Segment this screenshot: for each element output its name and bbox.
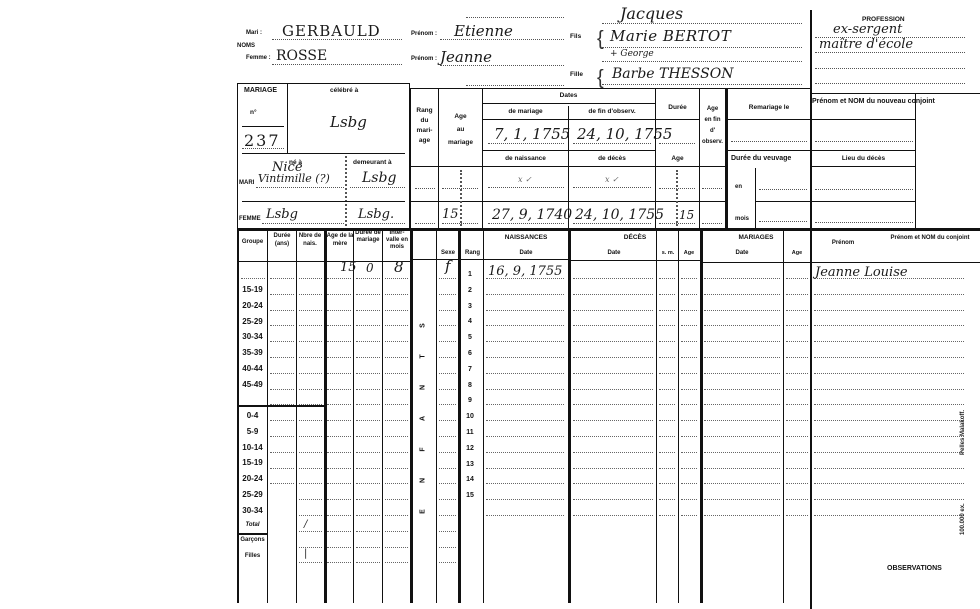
stat-cell[interactable] [356,357,380,358]
stat-cell[interactable] [299,562,322,563]
deces-sm-cell[interactable] [659,436,675,437]
stat-cell[interactable] [299,278,322,279]
naissance-date-cell[interactable] [486,341,564,342]
naissance-date-cell[interactable] [486,420,564,421]
deces-sm-cell[interactable] [659,310,675,311]
group-label: 45-49 [238,380,267,389]
stat-cell[interactable] [356,499,380,500]
mariage-age-cell[interactable] [786,357,808,358]
mariage-age-cell[interactable] [786,468,808,469]
stat-cell[interactable] [327,294,351,295]
naissance-date-cell[interactable] [486,389,564,390]
mariage-date-cell[interactable] [704,404,780,405]
deces-sm-cell[interactable] [659,341,675,342]
enfants-vertical-letter: A [420,413,427,425]
sm-header: s. m. [658,250,678,256]
femme-deces-field[interactable]: 24, 10, 1755 [573,207,651,224]
sexe-cell[interactable] [439,341,456,342]
stat-cell[interactable] [270,452,294,453]
mariage-age-cell[interactable] [786,452,808,453]
deces-sm-cell[interactable] [659,483,675,484]
naissance-date-cell[interactable] [486,483,564,484]
deces-age-cell[interactable] [681,515,697,516]
fils-label: Fils [570,33,581,40]
group-label: 25-29 [238,490,267,499]
stat-cell[interactable] [356,436,380,437]
prenom-conjoint-cell[interactable] [814,325,964,326]
stat-cell[interactable] [327,515,351,516]
stat-cell[interactable] [327,468,351,469]
deces-sm-cell[interactable] [659,452,675,453]
mariage-date-cell[interactable] [704,389,780,390]
stat-cell[interactable] [270,278,294,279]
stat-cell[interactable] [385,547,408,548]
stat-cell[interactable] [299,294,322,295]
stat-cell[interactable] [299,310,322,311]
mariage-age-cell[interactable] [786,325,808,326]
deces-date-cell[interactable] [573,278,653,279]
stat-cell[interactable] [299,483,322,484]
stat-cell[interactable] [299,547,322,548]
profession-line3[interactable] [815,53,965,69]
no-label: n° [250,109,257,116]
grid-column-line [353,230,354,603]
stat-cell[interactable] [327,310,351,311]
mariage-date-cell[interactable] [704,357,780,358]
stat-cell[interactable] [356,341,380,342]
stat-cell[interactable] [270,436,294,437]
stat-cell[interactable] [327,452,351,453]
first-age-mere-value: 15 [340,260,357,275]
mariage-date-cell[interactable] [704,436,780,437]
group-label: 40-44 [238,364,267,373]
stat-cell[interactable] [385,357,408,358]
mari-naissance-field[interactable]: x ✓ [488,172,564,188]
conjoint-header: Prénom et NOM du conjoint [880,234,980,243]
stat-cell[interactable] [385,483,408,484]
rank-number: 12 [464,445,476,452]
stat-cell[interactable] [356,547,380,548]
mariage-age-cell[interactable] [786,420,808,421]
naissance-date-cell[interactable] [486,310,564,311]
veuvage-mois-field[interactable] [759,210,807,222]
filles-nbre-value: | [304,548,307,559]
stat-cell[interactable] [299,531,322,532]
stat-cell[interactable] [356,294,380,295]
mariage-date-cell[interactable] [704,452,780,453]
mari-nom-value: GERBAULD [282,22,381,40]
stat-cell[interactable] [299,499,322,500]
date-mariage-field[interactable]: 7, 1, 1755 [488,124,564,144]
mariage-date-cell[interactable] [704,499,780,500]
naissance-date-cell[interactable] [486,404,564,405]
lieu-deces-field-1[interactable] [815,178,913,190]
mariage-date-cell[interactable] [704,294,780,295]
mariage-age-cell[interactable] [786,294,808,295]
sexe-cell[interactable] [439,325,456,326]
stat-cell[interactable] [299,468,322,469]
stat-cell[interactable] [356,389,380,390]
stat-cell[interactable] [327,341,351,342]
date-fin-observ-field[interactable]: 24, 10, 1755 [573,124,651,144]
mari-prenom-field[interactable]: Etienne [440,22,564,40]
sexe-cell[interactable] [439,531,456,532]
femme-age-field[interactable]: 15 [659,208,695,224]
child1-prenom-value: Jeanne Louise [815,265,908,280]
lieu-deces-field-2[interactable] [815,211,913,223]
stat-cell[interactable] [327,373,351,374]
naissance-date-cell[interactable] [486,499,564,500]
stat-cell[interactable] [270,294,294,295]
stat-cell[interactable] [327,547,351,548]
naissance-date-cell[interactable] [486,436,564,437]
stat-cell[interactable] [356,531,380,532]
stat-cell[interactable] [356,310,380,311]
sexe-cell[interactable] [439,562,456,563]
stat-cell[interactable] [385,325,408,326]
celebre-label: célébré à [330,87,358,94]
stat-cell[interactable] [327,325,351,326]
stat-cell[interactable] [385,310,408,311]
stat-cell[interactable] [356,562,380,563]
prenom-conjoint-cell[interactable] [814,341,964,342]
deces-age-cell[interactable] [681,357,697,358]
deces-age-cell[interactable] [681,468,697,469]
stat-cell[interactable] [299,373,322,374]
deces-sm-cell[interactable] [659,294,675,295]
mariage-age-cell[interactable] [786,341,808,342]
header-divider [410,88,810,89]
deces-date-cell[interactable] [573,404,653,405]
group-label: 25-29 [238,317,267,326]
sexe-cell[interactable] [439,389,456,390]
deces-age-cell[interactable] [681,325,697,326]
stat-cell[interactable] [299,404,322,405]
mariage-date-cell[interactable] [704,515,780,516]
prenom-conjoint-cell[interactable] [814,294,964,295]
stat-cell[interactable] [327,562,351,563]
deces-header: DÉCÈS [570,234,700,241]
prenom-conjoint-cell[interactable] [814,483,964,484]
femme-naissance-field[interactable]: 27, 9, 1740 [488,207,564,224]
fils-line1-field[interactable]: Jacques [602,2,802,24]
mariage-date-cell[interactable] [704,373,780,374]
mariage-age-cell[interactable] [786,436,808,437]
stat-cell[interactable] [385,452,408,453]
grid-column-line [382,230,383,603]
stat-cell[interactable] [327,278,351,279]
mariage-date-cell[interactable] [704,483,780,484]
mariage-age-cell[interactable] [786,499,808,500]
stat-cell[interactable] [327,531,351,532]
prenom-conjoint-cell[interactable] [814,499,964,500]
rank-number: 8 [464,382,476,389]
rank-number: 6 [464,350,476,357]
deces-date-cell[interactable] [573,499,653,500]
grid-column-line [783,230,784,603]
observations-label: OBSERVATIONS [887,565,942,572]
stat-cell[interactable] [327,389,351,390]
sexe-cell[interactable] [439,483,456,484]
grid-column-line [436,230,437,603]
femme-age-mariage-field[interactable]: 15 [442,208,478,224]
naissance-date-cell[interactable] [486,357,564,358]
mariage-date-cell[interactable] [704,341,780,342]
fille-line2-field[interactable]: Barbe THESSON [602,62,802,85]
rank-number: 1 [464,271,476,278]
deces-date-cell[interactable] [573,452,653,453]
stat-cell[interactable] [327,420,351,421]
stat-cell[interactable] [270,357,294,358]
deces-sm-cell[interactable] [659,404,675,405]
femme-prenom-field[interactable]: Jeanne [440,48,564,66]
mariage-numero-field[interactable]: 237 [242,131,284,149]
stat-cell[interactable] [385,562,408,563]
stat-cell[interactable] [356,278,380,279]
stat-cell[interactable] [385,373,408,374]
fille-line1-field[interactable]: + George [602,48,802,62]
age-fin-observ-label: Age en fin d' observ. [700,104,725,148]
stat-cell[interactable] [270,341,294,342]
deces-age-cell[interactable] [681,373,697,374]
stat-cell[interactable] [299,420,322,421]
stat-cell[interactable] [385,341,408,342]
enfants-vertical-letter: F [420,444,427,456]
naissance-date-cell[interactable] [486,325,564,326]
stat-cell[interactable] [270,310,294,311]
stat-cell[interactable] [299,357,322,358]
prenom-conjoint-cell[interactable] [814,452,964,453]
prenom-conjoint-cell[interactable] [814,389,964,390]
prenom-conjoint-cell[interactable] [814,436,964,437]
mari-naissance-value: x ✓ [518,175,532,184]
femme-demeurant-value: Lsbg. [358,207,394,222]
deces-age-cell[interactable] [681,436,697,437]
naissance-date-cell[interactable] [486,294,564,295]
sexe-cell[interactable] [439,310,456,311]
mariage-age-cell[interactable] [786,389,808,390]
first-duree-mariage-value: 0 [366,261,374,275]
mariage-age-cell[interactable] [786,483,808,484]
mari-nom-field[interactable]: GERBAULD [272,22,402,40]
stat-cell[interactable] [270,404,294,405]
stat-cell[interactable] [327,483,351,484]
stat-cell[interactable] [299,325,322,326]
de-mariage-label: de mariage [483,108,568,115]
mari-demeurant-field[interactable]: Lsbg [350,172,405,188]
prenom-conjoint-cell[interactable] [814,468,964,469]
deces-sm-cell[interactable] [659,373,675,374]
deces-date-cell[interactable] [573,341,653,342]
deces-age-cell[interactable] [681,404,697,405]
deces-age-cell[interactable] [681,499,697,500]
deces-sm-cell[interactable] [659,357,675,358]
mariage-date-cell[interactable] [704,420,780,421]
veuvage-en-label: en [735,184,742,190]
deces-age-cell[interactable] [681,310,697,311]
deces-date-header: Date [570,250,658,256]
sexe-cell[interactable] [439,547,456,548]
mariage-age-cell[interactable] [786,515,808,516]
stat-cell[interactable] [356,515,380,516]
fille-line2-value: Barbe THESSON [612,66,733,82]
sexe-cell[interactable] [439,373,456,374]
deces-date-cell[interactable] [573,357,653,358]
naissance-date-cell[interactable] [486,373,564,374]
mariage-title: MARIAGE [244,87,277,94]
deces-age-cell[interactable] [681,389,697,390]
stat-cell[interactable] [356,404,380,405]
fils-line2-value: Marie BERTOT [610,27,731,45]
femme-row-label: FEMME [239,216,261,222]
prenom-conjoint-cell[interactable] [814,373,964,374]
stat-cell[interactable] [385,515,408,516]
mariage-lieu-field[interactable]: Lsbg [330,113,367,132]
profession-line1[interactable]: ex-sergent [815,24,965,38]
sexe-cell[interactable] [439,420,456,421]
deces-sm-cell[interactable] [659,389,675,390]
stat-cell[interactable] [356,452,380,453]
stat-cell[interactable] [327,436,351,437]
mariage-date-cell[interactable] [704,325,780,326]
mari-deces-field[interactable]: x ✓ [573,172,651,188]
mariage-date-cell[interactable] [704,310,780,311]
mariage-date-cell[interactable] [704,278,780,279]
stat-cell[interactable] [385,404,408,405]
femme-demeurant-field[interactable]: Lsbg. [350,208,405,224]
group-label: 15-19 [238,285,267,294]
prenom-conjoint-cell[interactable] [814,515,964,516]
sexe-cell[interactable] [439,499,456,500]
deces-date-cell[interactable] [573,389,653,390]
deces-date-cell[interactable] [573,373,653,374]
stat-cell[interactable] [385,420,408,421]
stat-cell[interactable] [270,420,294,421]
femme-nom-field[interactable]: ROSSE [272,47,402,65]
rank-number: 14 [464,476,476,483]
deces-sm-cell[interactable] [659,468,675,469]
deces-age-cell[interactable] [681,483,697,484]
stat-cell[interactable] [356,468,380,469]
grid-column-line [267,230,268,603]
sexe-cell[interactable] [439,436,456,437]
deces-age-cell[interactable] [681,278,697,279]
grid-column-line [700,230,703,603]
stat-cell[interactable] [270,468,294,469]
deces-age-cell[interactable] [681,452,697,453]
stat-cell[interactable] [299,515,322,516]
stat-cell[interactable] [356,420,380,421]
stat-cell[interactable] [270,389,294,390]
naissance-date-cell[interactable] [486,515,564,516]
deces-sm-cell[interactable] [659,420,675,421]
stat-cell[interactable] [270,373,294,374]
stat-cell[interactable] [327,404,351,405]
deces-sm-cell[interactable] [659,278,675,279]
stat-cell[interactable] [299,389,322,390]
mariages-header: MARIAGES [702,234,810,241]
sexe-cell[interactable] [439,278,456,279]
profession-line4[interactable] [815,69,965,84]
deces-sm-cell[interactable] [659,325,675,326]
sexe-cell[interactable] [439,404,456,405]
stat-cell[interactable] [299,452,322,453]
deces-date-cell[interactable] [573,515,653,516]
stat-cell[interactable] [385,389,408,390]
stat-cell[interactable] [327,357,351,358]
stat-cell[interactable] [385,499,408,500]
mariage-age-cell[interactable] [786,373,808,374]
sexe-cell[interactable] [439,468,456,469]
stat-cell[interactable] [385,294,408,295]
deces-date-cell[interactable] [573,420,653,421]
mariage-date-cell[interactable] [704,468,780,469]
deces-sm-cell[interactable] [659,515,675,516]
sexe-cell[interactable] [439,294,456,295]
stat-cell[interactable] [299,341,322,342]
duree-field[interactable] [659,132,695,144]
sexe-cell[interactable] [439,452,456,453]
naissance-date-cell[interactable] [486,452,564,453]
group-label: 20-24 [238,474,267,483]
section-divider [237,228,980,231]
stat-cell[interactable] [270,325,294,326]
prenom-conjoint-cell[interactable] [814,420,964,421]
remariage-field[interactable] [731,130,807,142]
deces-date-cell[interactable] [573,310,653,311]
prenom-conjoint-cell[interactable] [814,404,964,405]
stat-cell[interactable] [356,325,380,326]
deces-date-cell[interactable] [573,468,653,469]
veuvage-ans-field[interactable] [759,178,807,190]
stat-cell[interactable] [385,278,408,279]
deces-date-cell[interactable] [573,325,653,326]
deces-date-cell[interactable] [573,294,653,295]
sexe-cell[interactable] [439,357,456,358]
stat-cell[interactable] [385,531,408,532]
naissance-date-cell[interactable] [486,468,564,469]
fils-line2-field[interactable]: Marie BERTOT [602,24,802,48]
stat-cell[interactable] [299,436,322,437]
deces-age-cell[interactable] [681,341,697,342]
first-intervalle-value: 8 [394,258,404,276]
stat-cell[interactable] [385,468,408,469]
prenom-conjoint-cell[interactable] [814,310,964,311]
stat-cell[interactable] [356,483,380,484]
mariage-age-cell[interactable] [786,278,808,279]
rank-number: 15 [464,492,476,499]
sexe-cell[interactable] [439,515,456,516]
nouveau-conjoint-field[interactable] [815,130,913,142]
deces-date-cell[interactable] [573,483,653,484]
deces-date-cell[interactable] [573,436,653,437]
stat-cell[interactable] [356,373,380,374]
stat-cell[interactable] [327,499,351,500]
femme-ne-a-field[interactable]: Lsbg [262,208,344,224]
mariage-age-cell[interactable] [786,404,808,405]
profession-line2[interactable]: maître d'école [815,38,965,53]
femme-naissance-value: 27, 9, 1740 [492,207,572,223]
prenom-conjoint-cell[interactable] [814,357,964,358]
deces-age-cell[interactable] [681,420,697,421]
mari-ne-a-field[interactable]: Vintimille (?) [256,172,344,188]
deces-sm-cell[interactable] [659,499,675,500]
mariage-age-cell[interactable] [786,310,808,311]
stat-cell[interactable] [385,436,408,437]
stat-cell[interactable] [270,483,294,484]
deces-age-cell[interactable] [681,294,697,295]
garcons-label: Garçons [238,537,267,543]
